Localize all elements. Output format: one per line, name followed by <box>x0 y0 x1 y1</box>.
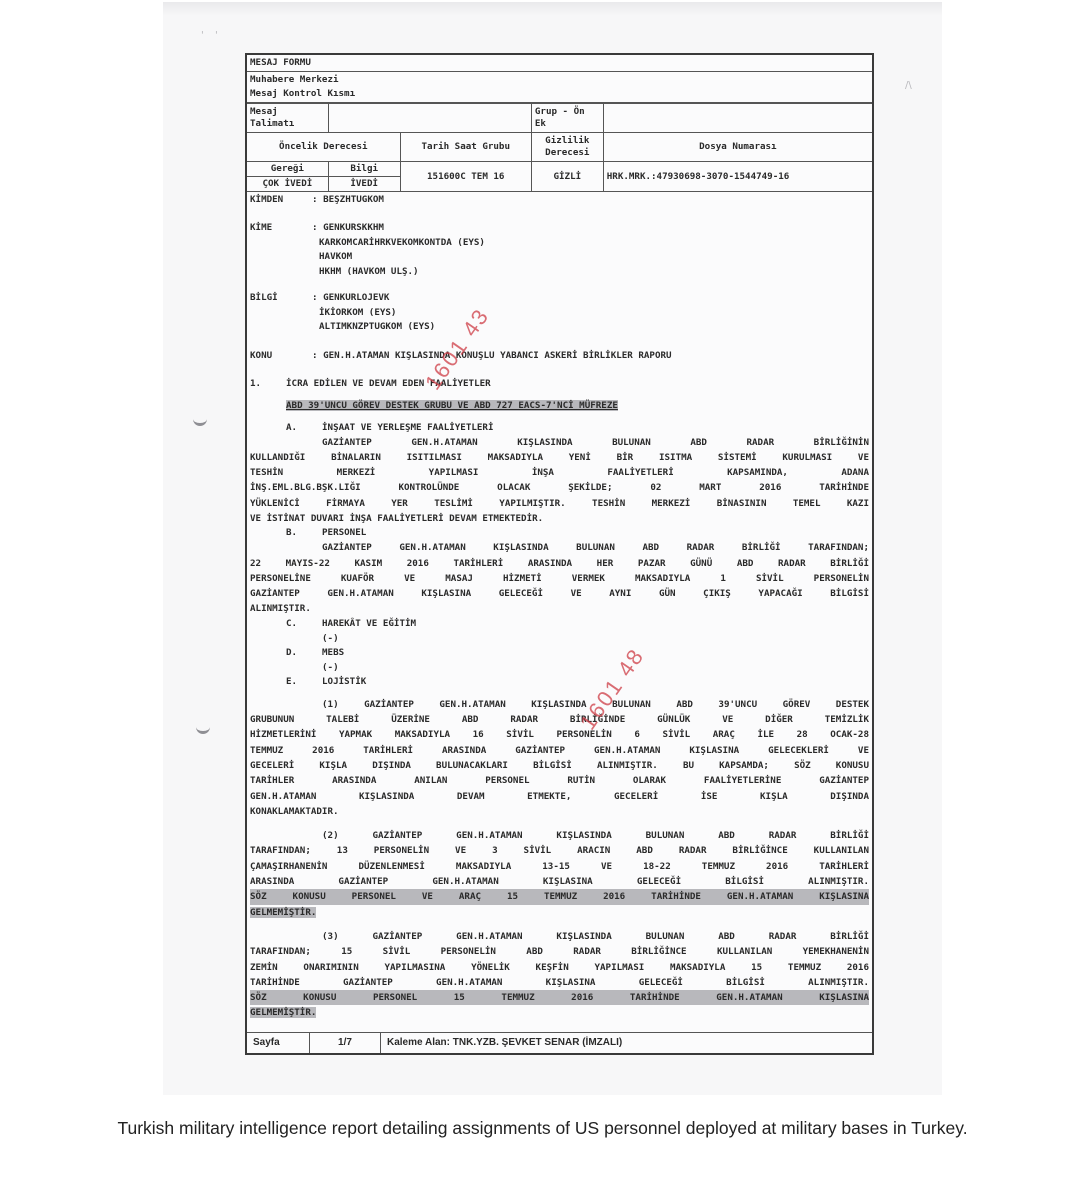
highlighted-text: GELMEMİŞTİR. <box>250 1007 316 1018</box>
datetime-group-label: Tarih Saat Grubu <box>400 133 531 162</box>
info-field: BİLGİ : GENKURLOJEVK İKİORKOM (EYS) ALTI… <box>250 291 869 335</box>
written-by: Kaleme Alan: TNK.YZB. ŞEVKET SENAR (İMZA… <box>381 1033 628 1053</box>
info-priority: İVEDİ <box>328 177 400 192</box>
file-number-label: Dosya Numarası <box>603 133 872 162</box>
subsection-a-heading: A. İNŞAAT VE YERLEŞME FAALİYETLERİ <box>250 421 869 435</box>
subsection-e-heading: E. LOJİSTİK <box>250 675 869 689</box>
form-title: MESAJ FORMU <box>247 55 872 72</box>
classification: GİZLİ <box>531 162 603 192</box>
subsection-b-heading: B. PERSONEL <box>250 526 869 540</box>
comm-center: Muhabere Merkezi Mesaj Kontrol Kısmı <box>247 72 872 103</box>
unit-heading: ABD 39'UNCU GÖREV DESTEK GRUBU VE ABD 72… <box>250 399 869 413</box>
from-field: KİMDEN : BEŞZHTUGKOM <box>250 193 869 207</box>
logistics-item-3: (3) GAZİANTEP GEN.H.ATAMAN KIŞLASINDA BU… <box>250 929 869 1021</box>
page-label: Sayfa <box>247 1033 310 1053</box>
highlighted-text: SÖZ KONUSU PERSONEL 15 TEMMUZ 2016 TARİH… <box>250 990 869 1005</box>
image-caption: Turkish military intelligence report det… <box>100 1113 985 1143</box>
subsection-d-heading: D. MEBS <box>250 646 869 660</box>
action-priority: ÇOK İVEDİ <box>247 177 328 192</box>
punch-hole-icon <box>196 722 210 734</box>
message-instruction-label: Mesaj Talimatı <box>247 104 328 133</box>
message-body: KİMDEN : BEŞZHTUGKOM KİME : GENKURSKKHM … <box>247 193 872 1021</box>
subsection-b-text: GAZİANTEP GEN.H.ATAMAN KIŞLASINDA BULUNA… <box>250 540 869 616</box>
scan-mark: ' <box>201 30 204 41</box>
section-1-heading: 1. İCRA EDİLEN VE DEVAM EDEN FAALİYETLER <box>250 377 869 391</box>
page-number: 1/7 <box>310 1033 381 1053</box>
subsection-c-value: (-) <box>250 631 869 646</box>
message-form: MESAJ FORMU Muhabere Merkezi Mesaj Kontr… <box>245 53 874 1055</box>
file-number: HRK.MRK.:47930698-3070-1544749-16 <box>603 162 872 192</box>
datetime-group: 151600C TEM 16 <box>400 162 531 192</box>
logistics-item-1: (1) GAZİANTEP GEN.H.ATAMAN KIŞLASINDA BU… <box>250 697 869 819</box>
group-prefix-label: Grup - Ön Ek <box>531 104 603 133</box>
priority-label: Öncelik Derecesi <box>247 133 400 162</box>
header-table: Mesaj Talimatı Grup - Ön Ek Öncelik Dere… <box>247 103 872 192</box>
scan-mark: ' <box>215 30 218 41</box>
subject-field: KONU : GEN.H.ATAMAN KIŞLASINDA KONUŞLU Y… <box>250 349 869 363</box>
highlighted-text: SÖZ KONUSU PERSONEL VE ARAÇ 15 TEMMUZ 20… <box>250 889 869 904</box>
form-footer: Sayfa 1/7 Kaleme Alan: TNK.YZB. ŞEVKET S… <box>247 1032 872 1053</box>
logistics-item-2: (2) GAZİANTEP GEN.H.ATAMAN KIŞLASINDA BU… <box>250 828 869 920</box>
subsection-a-text: GAZİANTEP GEN.H.ATAMAN KIŞLASINDA BULUNA… <box>250 435 869 527</box>
scan-mark: /\ <box>905 80 912 91</box>
subsection-c-heading: C. HAREKÂT VE EĞİTİM <box>250 617 869 631</box>
info-label: Bilgi <box>328 162 400 177</box>
classification-label: Gizlilik Derecesi <box>531 133 603 162</box>
punch-hole-icon <box>193 414 207 426</box>
subsection-d-value: (-) <box>250 660 869 675</box>
to-field: KİME : GENKURSKKHM KARKOMCARİHRKVEKOMKON… <box>250 221 869 279</box>
action-label: Gereği <box>247 162 328 177</box>
highlighted-text: GELMEMİŞTİR. <box>250 907 316 918</box>
